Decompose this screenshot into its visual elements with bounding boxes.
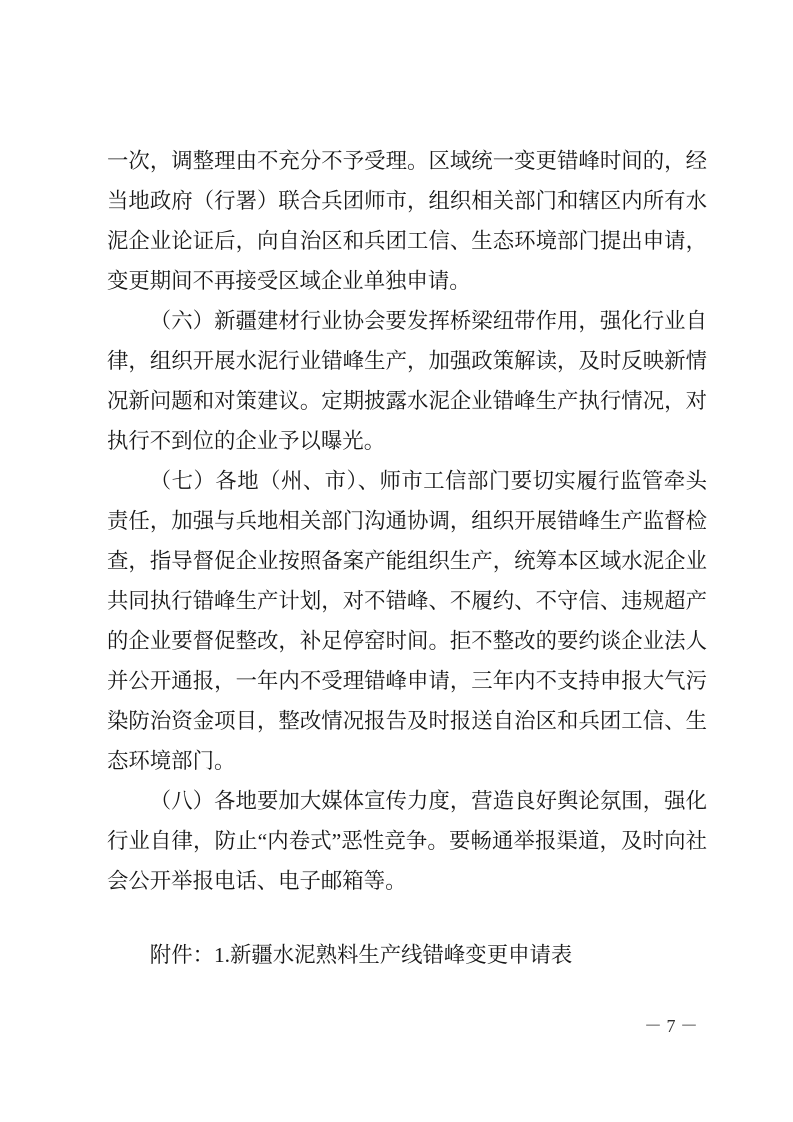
text-line: 泥企业论证后，向自治区和兵团工信、生态环境部门提出申请，	[107, 221, 707, 261]
text-line: 共同执行错峰生产计划，对不错峰、不履约、不守信、违规超产	[107, 581, 707, 621]
para-item-6: （六）新疆建材行业协会要发挥桥梁纽带作用，强化行业自律，组织开展水泥行业错峰生产…	[107, 301, 707, 461]
text-line: 当地政府（行署）联合兵团师市，组织相关部门和辖区内所有水	[107, 181, 707, 221]
text-line: 变更期间不再接受区域企业单独申请。	[107, 261, 707, 301]
text-line: 态环境部门。	[107, 741, 707, 781]
text-line: 律，组织开展水泥行业错峰生产，加强政策解读，及时反映新情	[107, 341, 707, 381]
text-line: 染防治资金项目，整改情况报告及时报送自治区和兵团工信、生	[107, 701, 707, 741]
document-page: 一次，调整理由不充分不予受理。区域统一变更错峰时间的，经当地政府（行署）联合兵团…	[0, 0, 793, 1122]
text-line: 责任，加强与兵地相关部门沟通协调，组织开展错峰生产监督检	[107, 501, 707, 541]
document-body: 一次，调整理由不充分不予受理。区域统一变更错峰时间的，经当地政府（行署）联合兵团…	[107, 141, 707, 975]
attachment-line: 附件：1.新疆水泥熟料生产线错峰变更申请表	[107, 935, 707, 975]
text-line: 行业自律，防止“内卷式”恶性竞争。要畅通举报渠道，及时向社	[107, 821, 707, 861]
text-line: 的企业要督促整改，补足停窑时间。拒不整改的要约谈企业法人	[107, 621, 707, 661]
text-line: 查，指导督促企业按照备案产能组织生产，统筹本区域水泥企业	[107, 541, 707, 581]
para-continuation: 一次，调整理由不充分不予受理。区域统一变更错峰时间的，经当地政府（行署）联合兵团…	[107, 141, 707, 301]
text-line: 一次，调整理由不充分不予受理。区域统一变更错峰时间的，经	[107, 141, 707, 181]
para-item-7: （七）各地（州、市）、师市工信部门要切实履行监管牵头责任，加强与兵地相关部门沟通…	[107, 461, 707, 781]
text-line: （七）各地（州、市）、师市工信部门要切实履行监管牵头	[107, 461, 707, 501]
text-line: 执行不到位的企业予以曝光。	[107, 421, 707, 461]
text-line: （六）新疆建材行业协会要发挥桥梁纽带作用，强化行业自	[107, 301, 707, 341]
paragraphs: 一次，调整理由不充分不予受理。区域统一变更错峰时间的，经当地政府（行署）联合兵团…	[107, 141, 707, 901]
text-line: 会公开举报电话、电子邮箱等。	[107, 861, 707, 901]
para-item-8: （八）各地要加大媒体宣传力度，营造良好舆论氛围，强化行业自律，防止“内卷式”恶性…	[107, 781, 707, 901]
text-line: （八）各地要加大媒体宣传力度，营造良好舆论氛围，强化	[107, 781, 707, 821]
text-line: 况新问题和对策建议。定期披露水泥企业错峰生产执行情况，对	[107, 381, 707, 421]
text-line: 并公开通报，一年内不受理错峰申请，三年内不支持申报大气污	[107, 661, 707, 701]
page-number: － 7 －	[644, 1012, 698, 1040]
